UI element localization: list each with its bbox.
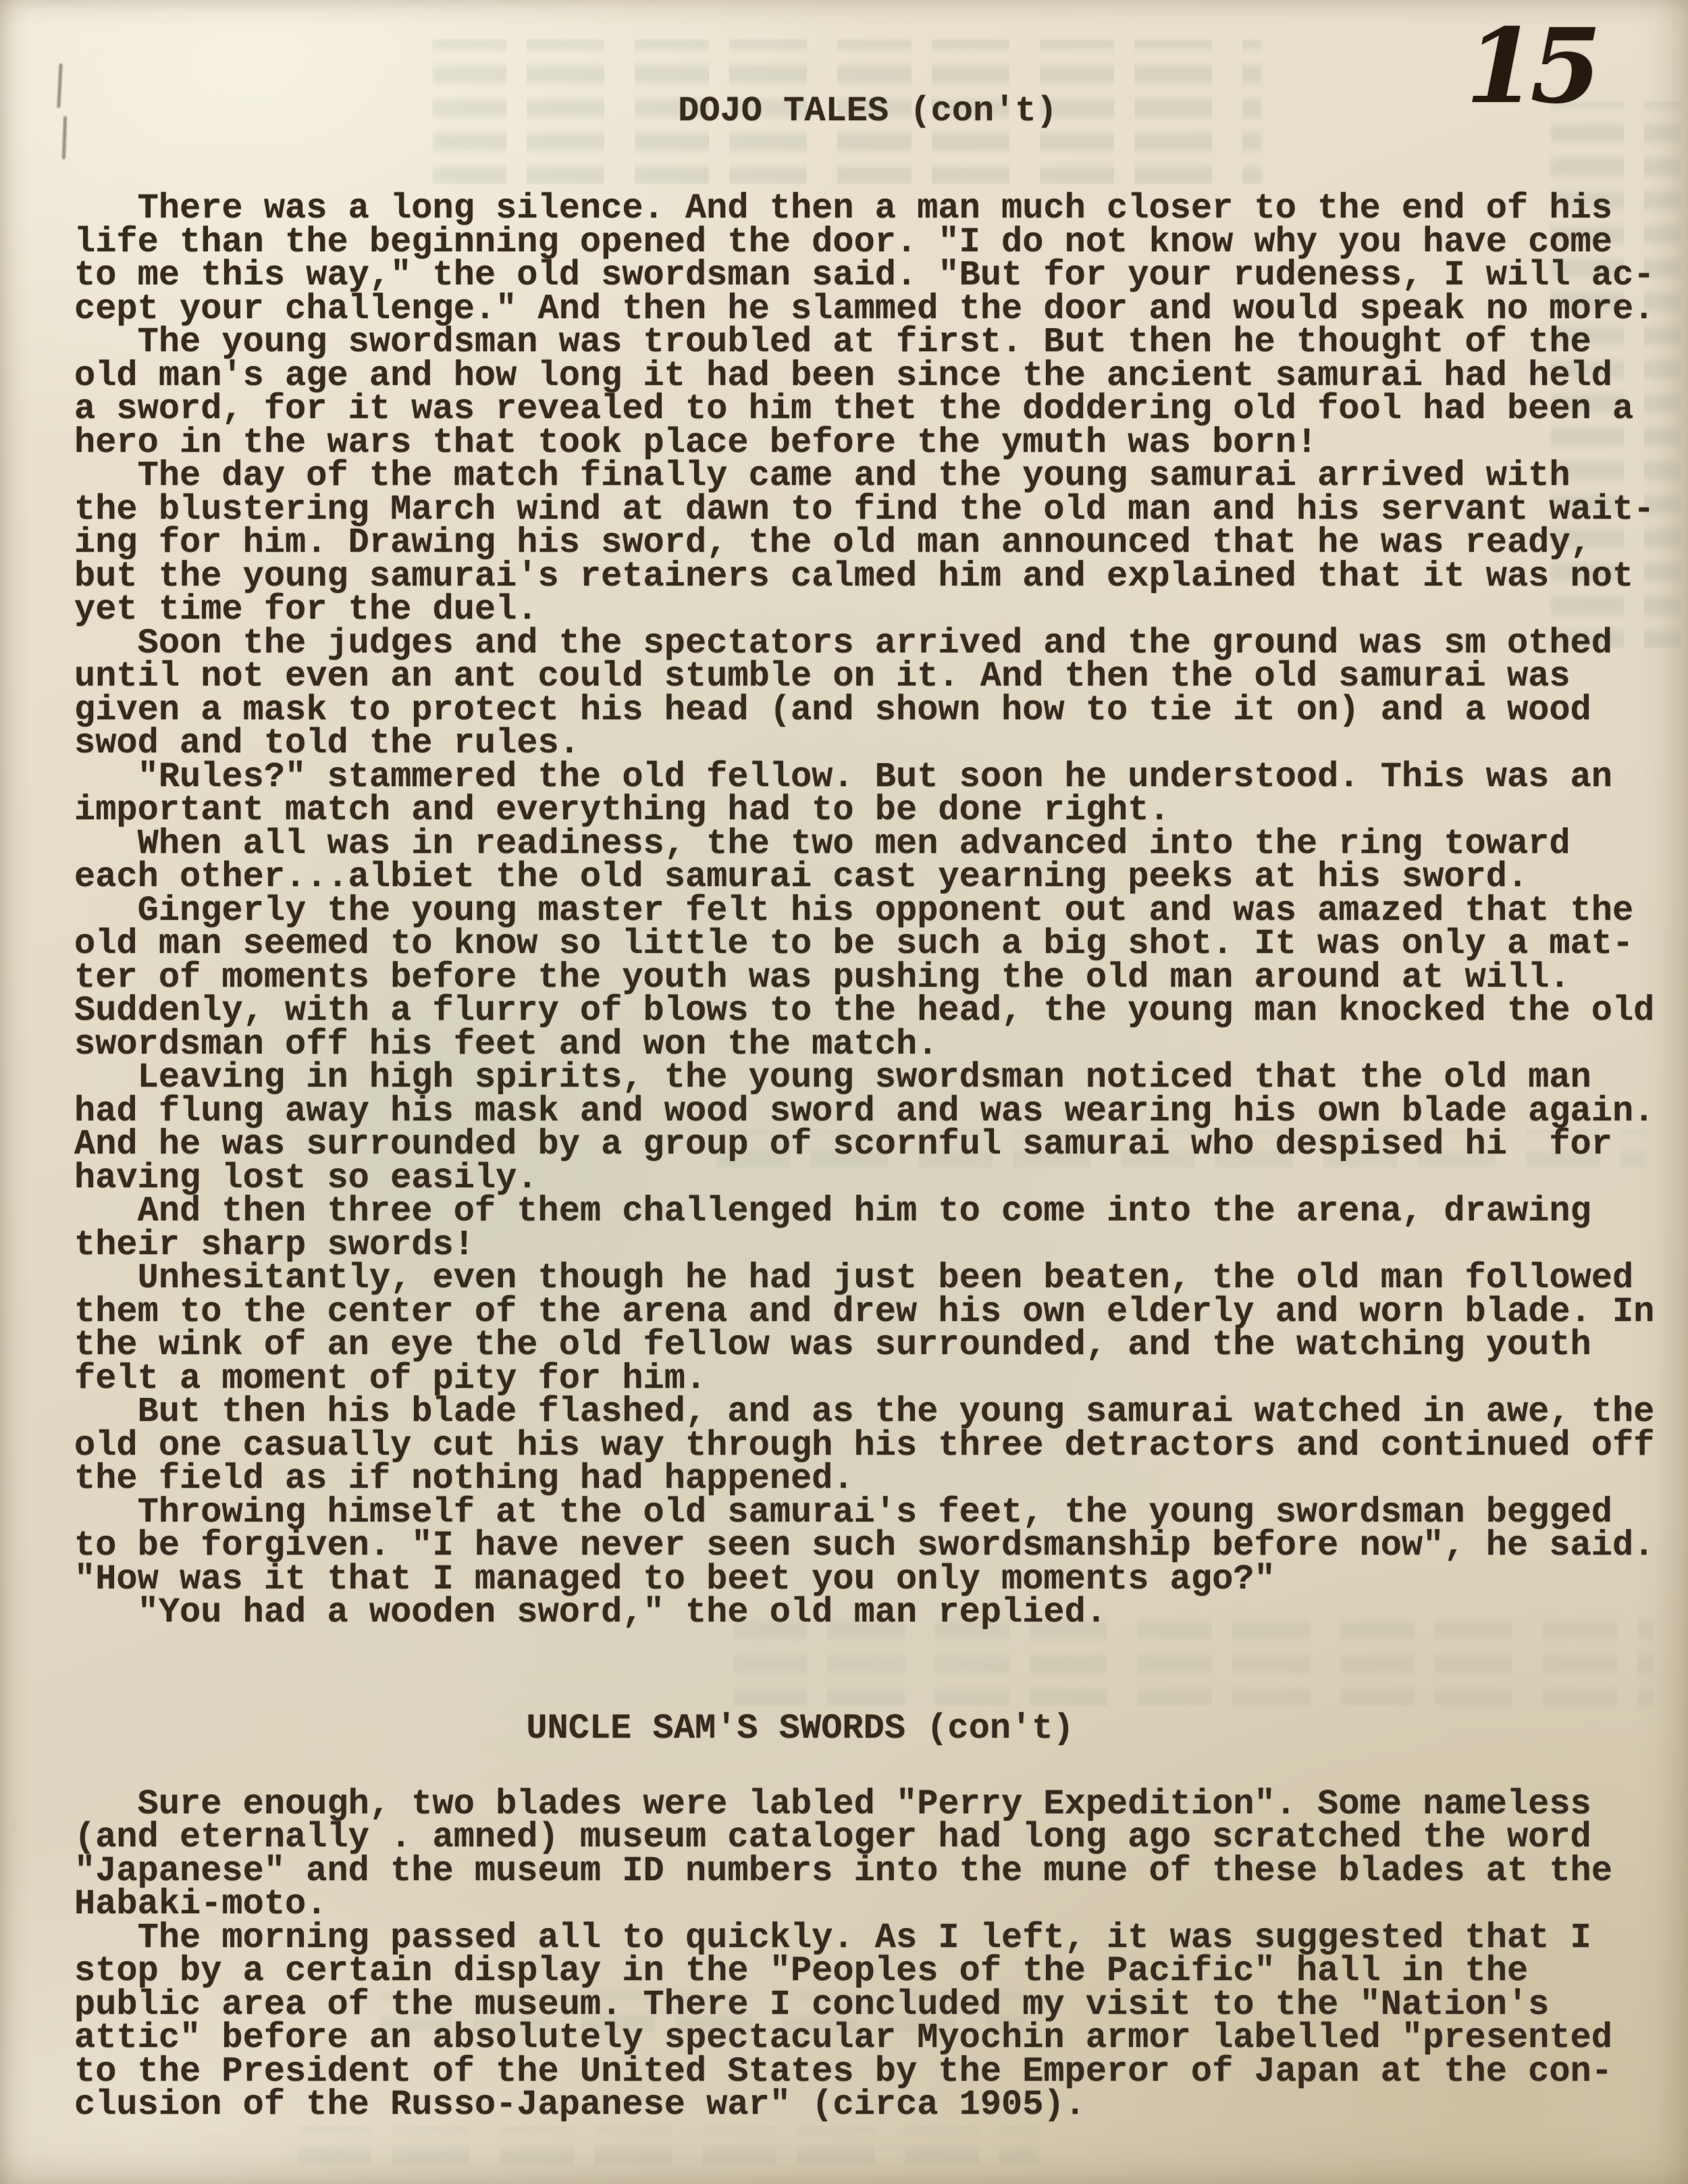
text-line: clusion of the Russo-Japanese war" (circ… — [74, 2088, 1661, 2122]
text-line: the blustering March wind at dawn to fin… — [74, 493, 1661, 527]
text-line: having lost so easily. — [74, 1162, 1661, 1195]
text-line: felt a moment of pity for him. — [74, 1362, 1661, 1396]
text-line: old one casually cut his way through his… — [74, 1429, 1661, 1463]
pencil-mark — [57, 63, 62, 108]
story-uncle-sams-swords: Sure enough, two blades were labled "Per… — [74, 1788, 1661, 2122]
text-line: Gingerly the young master felt his oppon… — [74, 894, 1661, 928]
text-line: "How was it that I managed to beet you o… — [74, 1563, 1661, 1596]
text-line: And he was surrounded by a group of scor… — [74, 1128, 1661, 1162]
section-heading-dojo-tales: DOJO TALES (con't) — [74, 95, 1661, 128]
text-line: swod and told the rules. — [74, 727, 1661, 760]
text-line: And then three of them challenged him to… — [74, 1195, 1661, 1228]
text-line: given a mask to protect his head (and sh… — [74, 694, 1661, 727]
text-line: the field as if nothing had happened. — [74, 1462, 1661, 1496]
text-line: There was a long silence. And then a man… — [74, 192, 1661, 226]
text-line: a sword, for it was revealed to him thet… — [74, 392, 1661, 426]
text-line: "Rules?" stammered the old fellow. But s… — [74, 760, 1661, 794]
text-line: until not even an ant could stumble on i… — [74, 660, 1661, 694]
text-line: them to the center of the arena and drew… — [74, 1295, 1661, 1329]
scanned-newsletter-page: 15 DOJO TALES (con't) There was a long s… — [0, 0, 1688, 2184]
text-line: "Japanese" and the museum ID numbers int… — [74, 1854, 1661, 1888]
text-line: "You had a wooden sword," the old man re… — [74, 1596, 1661, 1630]
text-line: Suddenly, with a flurry of blows to the … — [74, 994, 1661, 1028]
text-line: but the young samurai's retainers calmed… — [74, 560, 1661, 594]
story-dojo-tales: There was a long silence. And then a man… — [74, 192, 1661, 1630]
text-line: Leaving in high spirits, the young sword… — [74, 1061, 1661, 1095]
text-line: ter of moments before the youth was push… — [74, 961, 1661, 995]
text-line: ing for him. Drawing his sword, the old … — [74, 526, 1661, 560]
section-heading-uncle-sams-swords: UNCLE SAM'S SWORDS (con't) — [7, 1712, 1593, 1746]
text-line: life than the beginning opened the door.… — [74, 226, 1661, 259]
text-line: to the President of the United States by… — [74, 2055, 1661, 2089]
text-line: to be forgiven. "I have never seen such … — [74, 1529, 1661, 1563]
pencil-mark — [62, 116, 67, 159]
text-line: hero in the wars that took place before … — [74, 426, 1661, 460]
text-line: yet time for the duel. — [74, 593, 1661, 627]
text-line: Throwing himself at the old samurai's fe… — [74, 1496, 1661, 1530]
text-line: important match and everything had to be… — [74, 794, 1661, 827]
text-line: Sure enough, two blades were labled "Per… — [74, 1788, 1661, 1821]
text-line: But then his blade flashed, and as the y… — [74, 1395, 1661, 1429]
text-line: public area of the museum. There I concl… — [74, 1988, 1661, 2022]
text-line: the wink of an eye the old fellow was su… — [74, 1328, 1661, 1362]
text-line: their sharp swords! — [74, 1228, 1661, 1262]
text-line: When all was in readiness, the two men a… — [74, 827, 1661, 861]
text-line: Soon the judges and the spectators arriv… — [74, 627, 1661, 660]
text-line: each other...albiet the old samurai cast… — [74, 860, 1661, 894]
text-line: Habaki-moto. — [74, 1888, 1661, 1921]
text-line: (and eternally . amned) museum cataloger… — [74, 1821, 1661, 1854]
typewritten-content: DOJO TALES (con't) There was a long sile… — [74, 95, 1661, 2122]
text-line: attic" before an absolutely spectacular … — [74, 2021, 1661, 2055]
text-line: old man's age and how long it had been s… — [74, 359, 1661, 393]
text-line: The morning passed all to quickly. As I … — [74, 1921, 1661, 1955]
text-line: cept your challenge." And then he slamme… — [74, 292, 1661, 326]
text-line: stop by a certain display in the "People… — [74, 1954, 1661, 1988]
text-line: swordsman off his feet and won the match… — [74, 1028, 1661, 1062]
text-line: The day of the match finally came and th… — [74, 459, 1661, 493]
bleed-through-smudge — [297, 2126, 1040, 2165]
text-line: old man seemed to know so little to be s… — [74, 927, 1661, 961]
text-line: to me this way," the old swordsman said.… — [74, 259, 1661, 292]
text-line: had flung away his mask and wood sword a… — [74, 1095, 1661, 1128]
text-line: Unhesitantly, even though he had just be… — [74, 1262, 1661, 1295]
text-line: The young swordsman was troubled at firs… — [74, 326, 1661, 359]
